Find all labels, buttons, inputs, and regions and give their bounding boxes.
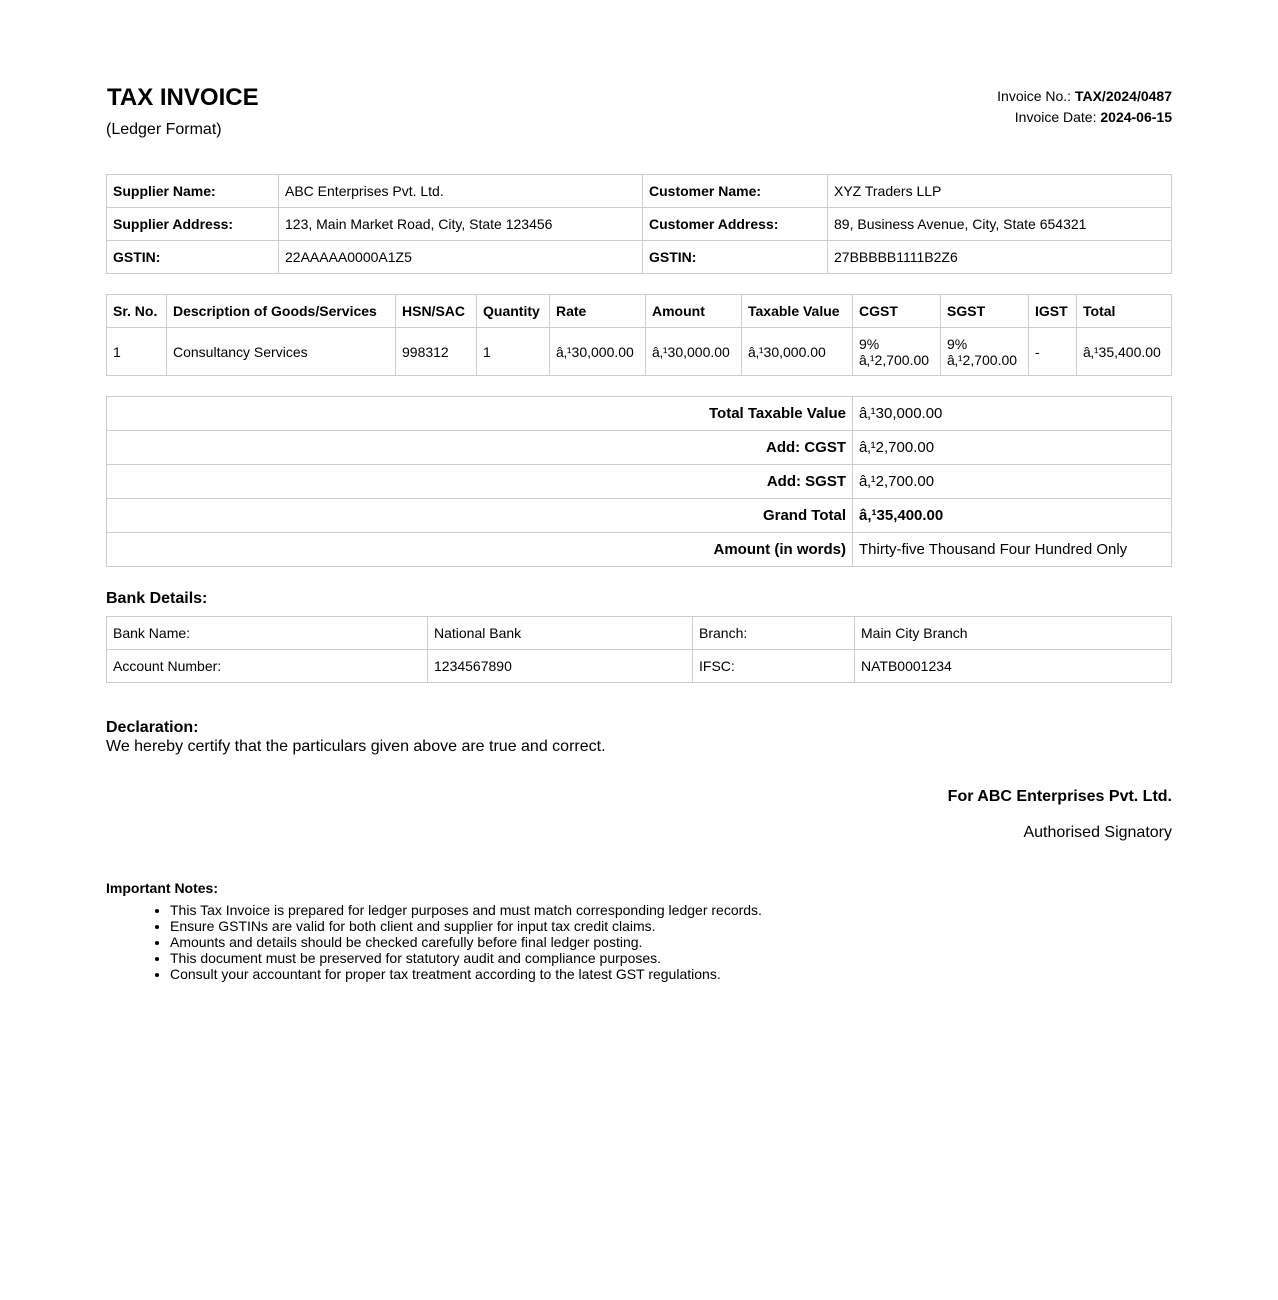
invoice-date-line: Invoice Date: 2024-06-15 [997, 107, 1172, 128]
item-cgst-amount: â‚¹2,700.00 [859, 352, 934, 368]
item-cgst: 9% â‚¹2,700.00 [853, 328, 941, 376]
declaration-text: We hereby certify that the particulars g… [106, 737, 1172, 756]
items-table: Sr. No. Description of Goods/Services HS… [106, 294, 1172, 376]
customer-name: XYZ Traders LLP [828, 175, 1172, 208]
amount-in-words-value: Thirty-five Thousand Four Hundred Only [853, 533, 1172, 567]
items-header-row: Sr. No. Description of Goods/Services HS… [107, 295, 1172, 328]
item-description: Consultancy Services [167, 328, 396, 376]
column-header-taxable-value: Taxable Value [742, 295, 853, 328]
table-row: Amount (in words) Thirty-five Thousand F… [107, 533, 1172, 567]
column-header-rate: Rate [550, 295, 646, 328]
amount-in-words-label: Amount (in words) [107, 533, 853, 567]
bank-name-label: Bank Name: [107, 617, 428, 650]
notes-list: This Tax Invoice is prepared for ledger … [106, 902, 1172, 982]
branch: Main City Branch [855, 617, 1172, 650]
table-row: 1 Consultancy Services 998312 1 â‚¹30,00… [107, 328, 1172, 376]
table-row: Add: SGST â‚¹2,700.00 [107, 465, 1172, 499]
supplier-name-label: Supplier Name: [107, 175, 279, 208]
signature-block: For ABC Enterprises Pvt. Ltd. Authorised… [106, 788, 1172, 842]
column-header-cgst: CGST [853, 295, 941, 328]
column-header-quantity: Quantity [477, 295, 550, 328]
table-row: Bank Name: National Bank Branch: Main Ci… [107, 617, 1172, 650]
customer-address-label: Customer Address: [643, 208, 828, 241]
customer-gstin-label: GSTIN: [643, 241, 828, 274]
list-item: Consult your accountant for proper tax t… [170, 966, 1172, 982]
item-sr-no: 1 [107, 328, 167, 376]
customer-address: 89, Business Avenue, City, State 654321 [828, 208, 1172, 241]
item-hsn-sac: 998312 [396, 328, 477, 376]
item-quantity: 1 [477, 328, 550, 376]
important-notes: Important Notes: This Tax Invoice is pre… [106, 880, 1172, 982]
declaration-section: Declaration: We hereby certify that the … [106, 718, 1172, 756]
column-header-igst: IGST [1029, 295, 1077, 328]
column-header-sr-no: Sr. No. [107, 295, 167, 328]
item-amount: â‚¹30,000.00 [646, 328, 742, 376]
ifsc-label: IFSC: [693, 650, 855, 683]
item-sgst: 9% â‚¹2,700.00 [941, 328, 1029, 376]
table-row: Supplier Name: ABC Enterprises Pvt. Ltd.… [107, 175, 1172, 208]
supplier-name: ABC Enterprises Pvt. Ltd. [279, 175, 643, 208]
invoice-number-label: Invoice No.: [997, 88, 1071, 104]
cgst-total-label: Add: CGST [107, 431, 853, 465]
table-row: Add: CGST â‚¹2,700.00 [107, 431, 1172, 465]
invoice-meta: Invoice No.: TAX/2024/0487 Invoice Date:… [997, 86, 1172, 128]
total-taxable-label: Total Taxable Value [107, 397, 853, 431]
column-header-hsn-sac: HSN/SAC [396, 295, 477, 328]
table-row: GSTIN: 22AAAAA0000A1Z5 GSTIN: 27BBBBB111… [107, 241, 1172, 274]
table-row: Grand Total â‚¹35,400.00 [107, 499, 1172, 533]
sgst-total-label: Add: SGST [107, 465, 853, 499]
invoice-header: TAX INVOICE (Ledger Format) Invoice No.:… [106, 0, 1172, 174]
table-row: Supplier Address: 123, Main Market Road,… [107, 208, 1172, 241]
table-row: Total Taxable Value â‚¹30,000.00 [107, 397, 1172, 431]
grand-total-label: Grand Total [107, 499, 853, 533]
item-sgst-amount: â‚¹2,700.00 [947, 352, 1022, 368]
bank-details-heading: Bank Details: [106, 590, 1172, 608]
supplier-address-label: Supplier Address: [107, 208, 279, 241]
column-header-amount: Amount [646, 295, 742, 328]
sgst-total-value: â‚¹2,700.00 [853, 465, 1172, 499]
invoice-page: TAX INVOICE (Ledger Format) Invoice No.:… [106, 0, 1172, 982]
item-taxable-value: â‚¹30,000.00 [742, 328, 853, 376]
item-total: â‚¹35,400.00 [1077, 328, 1172, 376]
invoice-number-line: Invoice No.: TAX/2024/0487 [997, 86, 1172, 107]
list-item: Ensure GSTINs are valid for both client … [170, 918, 1172, 934]
supplier-gstin-label: GSTIN: [107, 241, 279, 274]
customer-gstin: 27BBBBB1111B2Z6 [828, 241, 1172, 274]
account-number: 1234567890 [428, 650, 693, 683]
item-sgst-rate: 9% [947, 336, 1022, 352]
invoice-subtitle: (Ledger Format) [106, 121, 222, 139]
item-cgst-rate: 9% [859, 336, 934, 352]
branch-label: Branch: [693, 617, 855, 650]
column-header-description: Description of Goods/Services [167, 295, 396, 328]
bank-name: National Bank [428, 617, 693, 650]
account-number-label: Account Number: [107, 650, 428, 683]
column-header-total: Total [1077, 295, 1172, 328]
notes-heading: Important Notes: [106, 880, 1172, 896]
table-row: Account Number: 1234567890 IFSC: NATB000… [107, 650, 1172, 683]
bank-details-table: Bank Name: National Bank Branch: Main Ci… [106, 616, 1172, 683]
list-item: This document must be preserved for stat… [170, 950, 1172, 966]
item-rate: â‚¹30,000.00 [550, 328, 646, 376]
item-igst: - [1029, 328, 1077, 376]
invoice-date-label: Invoice Date: [1015, 109, 1097, 125]
ifsc: NATB0001234 [855, 650, 1172, 683]
invoice-title: TAX INVOICE [107, 84, 259, 112]
supplier-address: 123, Main Market Road, City, State 12345… [279, 208, 643, 241]
customer-name-label: Customer Name: [643, 175, 828, 208]
list-item: Amounts and details should be checked ca… [170, 934, 1172, 950]
invoice-date: 2024-06-15 [1100, 109, 1172, 125]
authorised-signatory: Authorised Signatory [106, 824, 1172, 842]
invoice-number: TAX/2024/0487 [1075, 88, 1172, 104]
list-item: This Tax Invoice is prepared for ledger … [170, 902, 1172, 918]
party-details-table: Supplier Name: ABC Enterprises Pvt. Ltd.… [106, 174, 1172, 274]
total-taxable-value: â‚¹30,000.00 [853, 397, 1172, 431]
column-header-sgst: SGST [941, 295, 1029, 328]
totals-table: Total Taxable Value â‚¹30,000.00 Add: CG… [106, 396, 1172, 567]
signature-company: For ABC Enterprises Pvt. Ltd. [106, 788, 1172, 806]
cgst-total-value: â‚¹2,700.00 [853, 431, 1172, 465]
declaration-heading: Declaration: [106, 718, 1172, 737]
supplier-gstin: 22AAAAA0000A1Z5 [279, 241, 643, 274]
grand-total-value: â‚¹35,400.00 [853, 499, 1172, 533]
